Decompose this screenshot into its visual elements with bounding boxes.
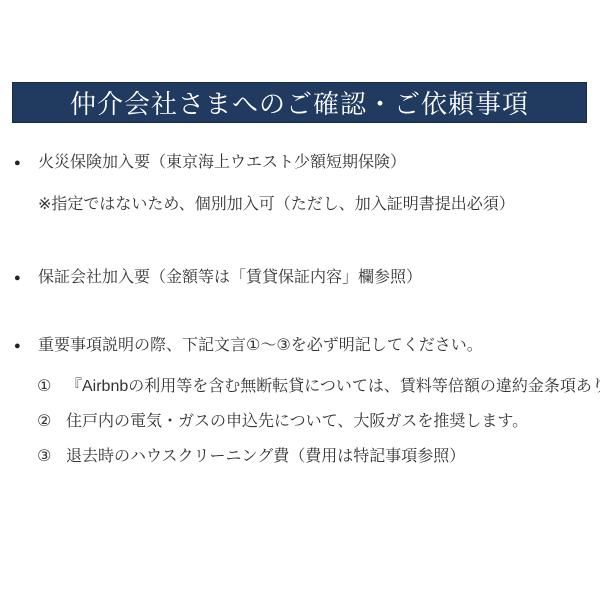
circled-number-icon: ①: [37, 377, 66, 397]
circled-number-icon: ②: [37, 412, 66, 432]
numbered-item-3: ③ 退去時のハウスクリーニング費（費用は特記事項参照）: [37, 447, 465, 467]
list-item-note: ※指定ではないため、個別加入可（ただし、加入証明書提出必須）: [38, 195, 515, 215]
bullet-dot-icon: ●: [12, 336, 38, 356]
numbered-item-text: 退去時のハウスクリーニング費（費用は特記事項参照）: [66, 447, 465, 467]
page-title: 仲介会社さまへのご確認・ご依頼事項: [70, 84, 529, 121]
list-item-guarantee-company: ● 保証会社加入要（金額等は「賃貸保証内容」欄参照）: [12, 268, 422, 288]
list-item-fire-insurance: ● 火災保険加入要（東京海上ウエスト少額短期保険）: [12, 153, 406, 173]
list-item-text: 重要事項説明の際、下記文言①～③を必ず明記してください。: [38, 336, 483, 356]
numbered-item-2: ② 住戸内の電気・ガスの申込先について、大阪ガスを推奨します。: [37, 412, 528, 432]
circled-number-icon: ③: [37, 447, 66, 467]
bullet-dot-icon: ●: [12, 153, 38, 173]
list-item-text: 保証会社加入要（金額等は「賃貸保証内容」欄参照）: [38, 268, 422, 288]
numbered-item-text: 住戸内の電気・ガスの申込先について、大阪ガスを推奨します。: [66, 412, 528, 432]
bullet-dot-icon: ●: [12, 268, 38, 288]
list-item-text: 火災保険加入要（東京海上ウエスト少額短期保険）: [38, 153, 406, 173]
numbered-item-text: 『Airbnbの利用等を含む無断転貸については、賃料等倍額の違約金条項あり』: [66, 377, 600, 397]
numbered-item-1: ① 『Airbnbの利用等を含む無断転貸については、賃料等倍額の違約金条項あり』: [37, 377, 600, 397]
list-item-important-matters: ● 重要事項説明の際、下記文言①～③を必ず明記してください。: [12, 336, 483, 356]
document-page: 仲介会社さまへのご確認・ご依頼事項 ● 火災保険加入要（東京海上ウエスト少額短期…: [0, 0, 600, 600]
header-banner: 仲介会社さまへのご確認・ご依頼事項: [12, 82, 587, 123]
